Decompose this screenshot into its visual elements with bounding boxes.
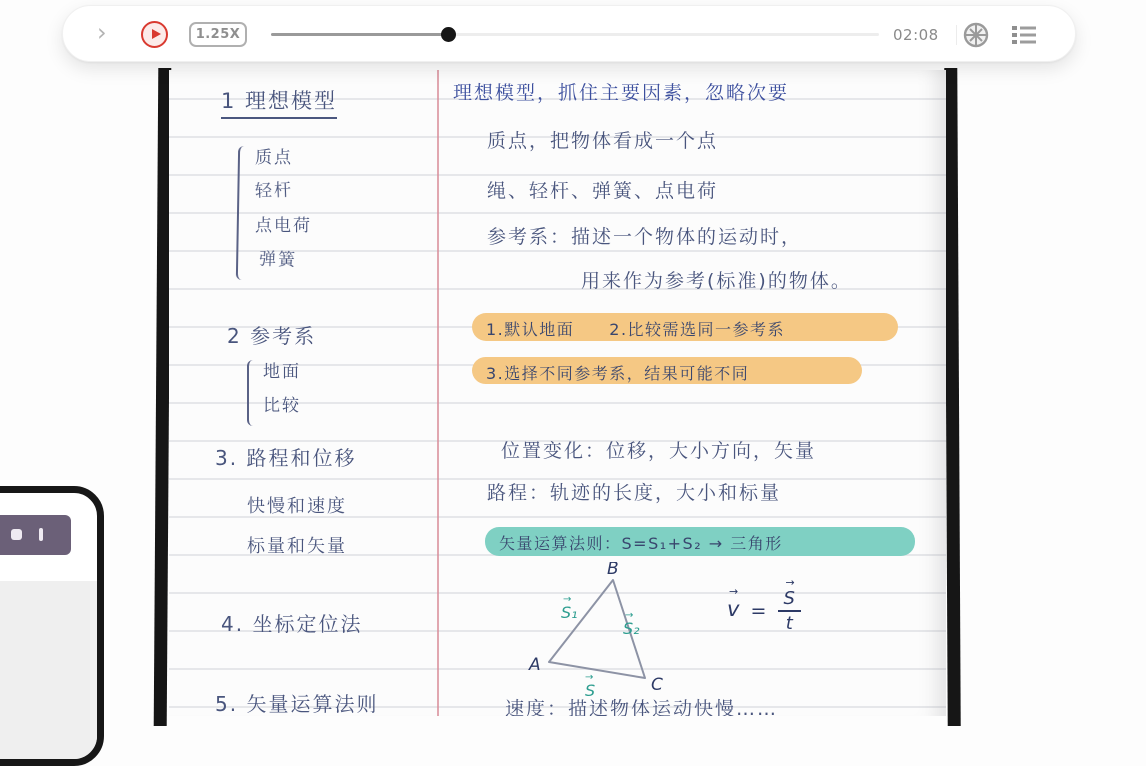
note-line: 用来作为参考(标准)的物体。 [581, 270, 852, 294]
vertex-c-label: C [651, 675, 663, 695]
notebook-margin-line [437, 70, 439, 716]
progress-played [271, 33, 449, 36]
outline-item: 轻杆 [255, 180, 294, 203]
equals-sign: = [751, 600, 767, 622]
vertex-b-label: B [607, 562, 619, 579]
vector-arrow-icon: → [729, 585, 738, 598]
note-line: 理想模型，抓住主要因素，忽略次要 [453, 82, 789, 106]
phone-toolbar-icon [39, 528, 43, 541]
collapse-chevron-icon[interactable]: › [97, 20, 107, 44]
highlight-text: 3.选择不同参考系，结果可能不同 [486, 361, 749, 384]
divider [956, 25, 957, 45]
outline-section-5-title: 5. 矢量运算法则 [215, 692, 378, 716]
outline-item: 弹簧 [259, 249, 298, 272]
highlight-text: 矢量运算法则：S=S₁+S₂ → 三角形 [499, 531, 783, 554]
outline-section-2-title: 2 参考系 [227, 324, 316, 349]
formula-fraction: → S t [778, 588, 801, 634]
phone-toolbar [0, 515, 71, 555]
outline-item: 标量和矢量 [247, 536, 347, 559]
settings-icon[interactable] [961, 20, 991, 50]
vector-arrow-icon: → [563, 594, 571, 605]
progress-thumb[interactable] [441, 27, 456, 42]
phone-preview-mockup [0, 486, 104, 716]
playback-speed-badge[interactable]: 1.25X [189, 22, 247, 47]
formula-v: → v [727, 597, 739, 621]
play-icon [152, 29, 161, 39]
highlight-text: 1.默认地面 2.比较需选同一参考系 [486, 317, 785, 340]
outline-section-1-title: 1 理想模型 [221, 88, 337, 119]
velocity-formula: → v = → S t [727, 588, 801, 634]
vector-s1-label: S₁ [561, 603, 578, 622]
vector-triangle-diagram: A B C S₁ → S₂ → S → [521, 562, 711, 712]
note-line: 位置变化：位移，大小方向，矢量 [501, 440, 816, 464]
tablet-right-bezel [944, 68, 960, 716]
brace [247, 360, 255, 426]
phone-header-strip [0, 555, 97, 581]
outline-item: 地面 [263, 362, 301, 383]
orange-highlight-1: 1.默认地面 2.比较需选同一参考系 [472, 313, 898, 341]
outline-item: 快慢和速度 [247, 496, 347, 519]
vector-arrow-icon: → [585, 672, 593, 683]
vertex-a-label: A [528, 655, 541, 675]
note-line: 路程：轨迹的长度，大小和标量 [487, 482, 781, 506]
brace [236, 146, 246, 280]
outline-item: 比较 [263, 396, 301, 417]
vector-s2-label: S₂ [623, 619, 640, 638]
outline-section-4-title: 4. 坐标定位法 [221, 612, 362, 637]
phone-content-area [0, 581, 97, 716]
outline-item: 点电荷 [255, 216, 312, 237]
orange-highlight-2: 3.选择不同参考系，结果可能不同 [472, 357, 862, 384]
phone-toolbar-icon [11, 529, 22, 540]
notebook-page: 1 理想模型 质点 轻杆 点电荷 弹簧 2 参考系 地面 比较 3. 路程和位移… [169, 70, 946, 716]
video-player-bar: › 1.25X 02:08 [62, 5, 1076, 62]
teal-highlight: 矢量运算法则：S=S₁+S₂ → 三角形 [485, 527, 915, 556]
play-button[interactable] [141, 21, 168, 48]
progress-slider[interactable] [271, 33, 879, 36]
outline-item: 质点 [255, 148, 293, 169]
vector-arrow-icon: → [786, 576, 795, 589]
vector-arrow-icon: → [625, 610, 633, 621]
outline-section-3-title: 3. 路程和位移 [215, 446, 356, 471]
elapsed-time: 02:08 [893, 26, 953, 44]
chapter-list-icon[interactable] [1009, 20, 1039, 50]
note-line: 质点，把物体看成一个点 [487, 130, 718, 154]
note-line: 参考系：描述一个物体的运动时， [487, 226, 802, 250]
note-line: 绳、轻杆、弹簧、点电荷 [487, 180, 718, 204]
note-line-partial: 速度：描述物体运动快慢…… [505, 698, 778, 716]
